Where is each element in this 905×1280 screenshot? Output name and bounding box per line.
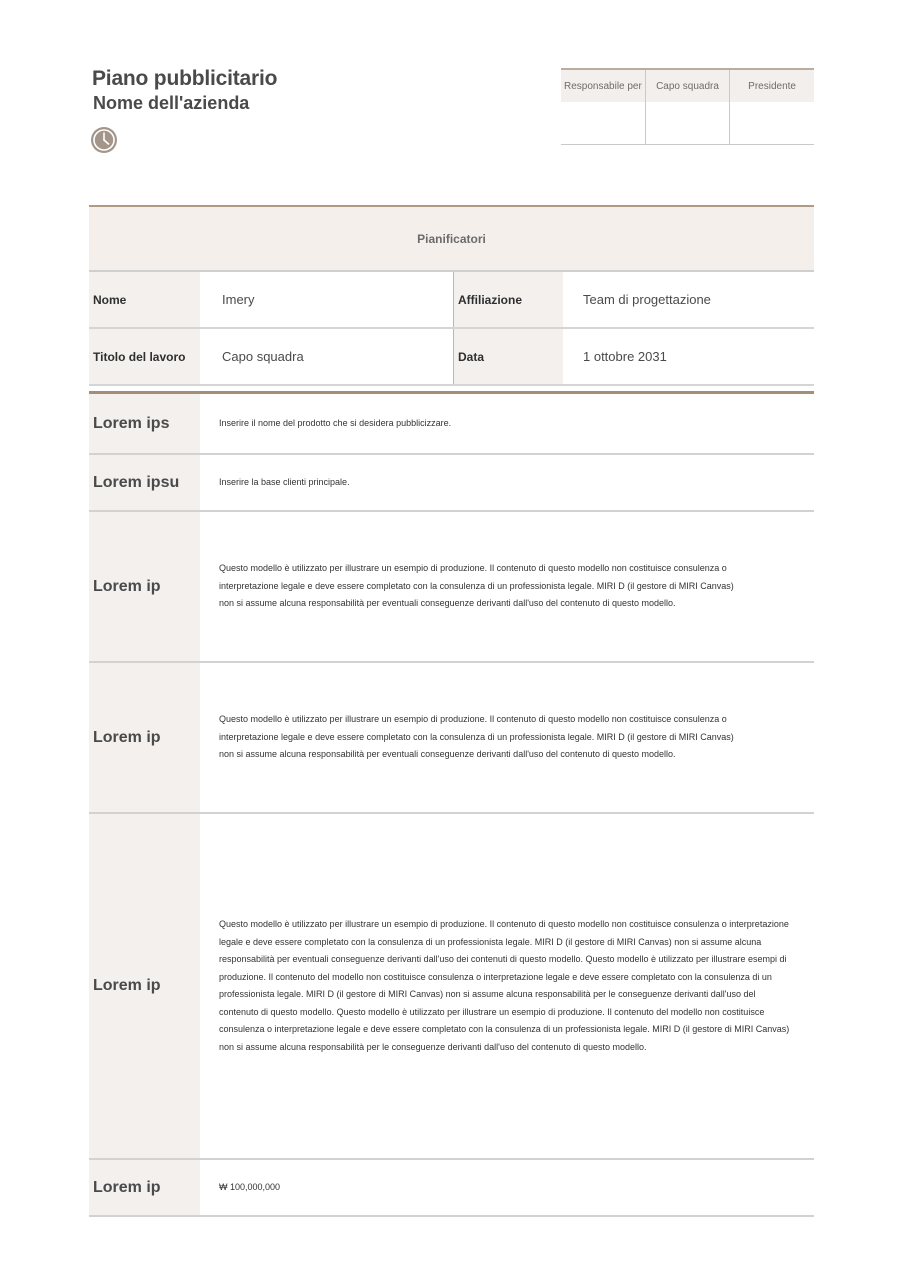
plan-sections: Lorem ips Inserire il nome del prodotto … <box>89 391 814 1217</box>
section-content[interactable]: Inserire il nome del prodotto che si des… <box>200 394 814 453</box>
name-label: Nome <box>89 272 200 327</box>
section-description-3: Lorem ip Questo modello è utilizzato per… <box>89 814 814 1160</box>
section-description-1: Lorem ip Questo modello è utilizzato per… <box>89 512 814 663</box>
section-product: Lorem ips Inserire il nome del prodotto … <box>89 394 814 455</box>
affiliation-value[interactable]: Team di progettazione <box>563 272 814 327</box>
budget-value[interactable]: ₩ 100,000,000 <box>200 1160 814 1215</box>
approval-header: Presidente <box>730 70 814 102</box>
approval-header: Responsabile per <box>561 70 645 102</box>
section-description-2: Lorem ip Questo modello è utilizzato per… <box>89 663 814 814</box>
section-label: Lorem ips <box>89 394 200 453</box>
section-content[interactable]: Questo modello è utilizzato per illustra… <box>200 512 814 661</box>
section-label: Lorem ip <box>89 1160 200 1215</box>
approval-signature-cell[interactable] <box>645 102 729 144</box>
section-label: Lorem ip <box>89 663 200 812</box>
section-label: Lorem ipsu <box>89 455 200 510</box>
name-value[interactable]: Imery <box>200 272 454 327</box>
job-title-value[interactable]: Capo squadra <box>200 329 454 384</box>
job-title-label: Titolo del lavoro <box>89 329 200 384</box>
planners-heading: Pianificatori <box>89 207 814 272</box>
section-content[interactable]: Questo modello è utilizzato per illustra… <box>200 814 814 1158</box>
date-label: Data <box>454 329 563 384</box>
approval-header: Capo squadra <box>645 70 729 102</box>
approval-table: Responsabile per Capo squadra Presidente <box>561 68 814 145</box>
section-content[interactable]: Questo modello è utilizzato per illustra… <box>200 663 814 812</box>
section-label: Lorem ip <box>89 512 200 661</box>
planners-row: Nome Imery Affiliazione Team di progetta… <box>89 272 814 329</box>
date-value[interactable]: 1 ottobre 2031 <box>563 329 814 384</box>
approval-signature-cell[interactable] <box>561 102 645 144</box>
clock-icon <box>90 126 118 154</box>
affiliation-label: Affiliazione <box>454 272 563 327</box>
section-content[interactable]: Inserire la base clienti principale. <box>200 455 814 510</box>
section-customers: Lorem ipsu Inserire la base clienti prin… <box>89 455 814 512</box>
document-title: Piano pubblicitario <box>92 67 277 91</box>
approval-signature-cell[interactable] <box>730 102 814 144</box>
company-name: Nome dell'azienda <box>93 93 249 114</box>
section-budget: Lorem ip ₩ 100,000,000 <box>89 1160 814 1217</box>
section-label: Lorem ip <box>89 814 200 1158</box>
planners-table: Pianificatori Nome Imery Affiliazione Te… <box>89 205 814 386</box>
planners-row: Titolo del lavoro Capo squadra Data 1 ot… <box>89 329 814 386</box>
